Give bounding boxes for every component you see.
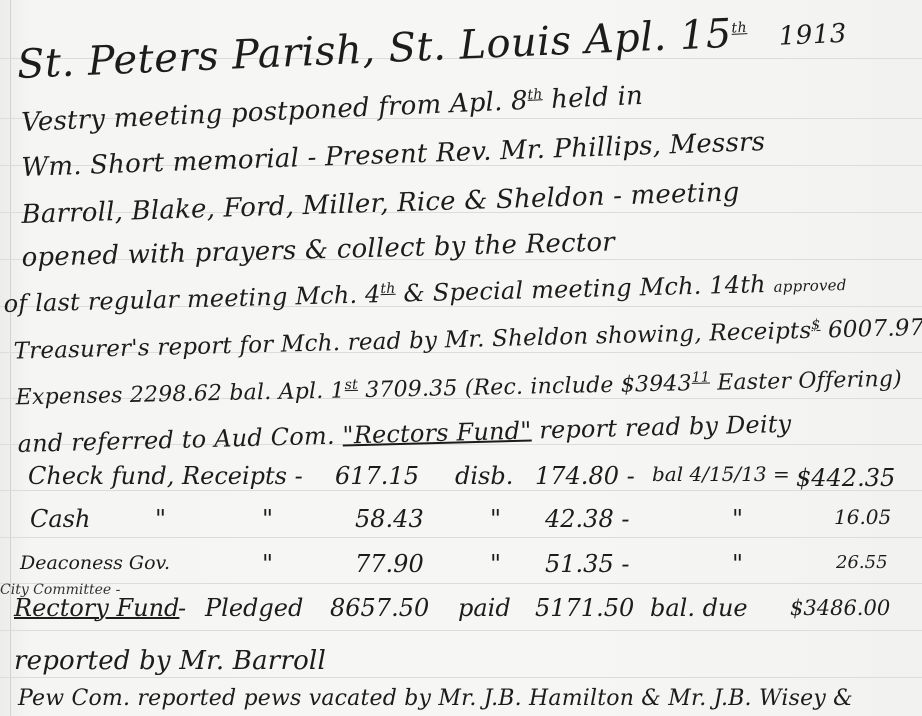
- minutes-line: Treasurer's report for Mch. read by Mr. …: [13, 314, 922, 364]
- fund-balance: $442.35: [796, 464, 895, 492]
- fund-receipts: 617.15: [335, 462, 419, 490]
- bal-due-label: bal. due: [650, 594, 748, 622]
- fund-disbursed: 174.80 -: [535, 462, 635, 490]
- line-text: Wm. Short memorial - Present Rev. Mr. Ph…: [21, 127, 766, 183]
- line-text: Vestry meeting postponed from Apl. 8: [21, 86, 529, 138]
- dash: -: [178, 594, 186, 622]
- line-text: reported by Mr. Barroll: [14, 646, 326, 676]
- ledger-page: St. Peters Parish, St. Louis Apl. 15th 1…: [0, 0, 922, 716]
- ditto-mark: ": [155, 505, 166, 533]
- line-sup: st: [345, 377, 359, 393]
- line-text: Expenses 2298.62 bal. Apl. 1: [15, 378, 345, 410]
- minutes-line: Barroll, Blake, Ford, Miller, Rice & She…: [21, 177, 740, 230]
- fund-name: Check fund, Receipts -: [28, 462, 303, 490]
- fund-row-deaconess: Deaconess Gov. " 77.90 " 51.35 - " 26.55: [0, 550, 922, 590]
- rectors-fund-heading: "Rectors Fund": [342, 417, 532, 450]
- fund-receipts: 58.43: [355, 505, 424, 533]
- line-sup: th: [527, 87, 543, 104]
- minutes-line: Pew Com. reported pews vacated by Mr. J.…: [18, 686, 853, 711]
- fund-balance: 16.05: [834, 505, 891, 529]
- title-parish: St. Peters Parish,: [16, 26, 376, 88]
- line-text: Barroll, Blake, Ford, Miller, Rice & She…: [21, 177, 740, 230]
- minutes-line: Wm. Short memorial - Present Rev. Mr. Ph…: [21, 127, 766, 183]
- ruled-line: [0, 677, 922, 678]
- fund-disbursed: 42.38 -: [545, 505, 629, 533]
- ditto-mark: ": [490, 550, 501, 578]
- line-sup: th: [380, 281, 395, 297]
- minutes-line: Expenses 2298.62 bal. Apl. 1st 3709.35 (…: [15, 365, 902, 410]
- minutes-line: and referred to Aud Com. "Rectors Fund" …: [17, 410, 791, 458]
- ditto-mark: ": [732, 550, 743, 578]
- document-title: St. Peters Parish, St. Louis Apl. 15th 1…: [16, 6, 848, 88]
- minutes-line: reported by Mr. Barroll: [14, 646, 326, 676]
- ditto-mark: ": [490, 505, 501, 533]
- fund-receipts: 77.90: [355, 550, 424, 578]
- ditto-mark: ": [262, 505, 273, 533]
- ditto-mark: ": [262, 550, 273, 578]
- bal-label: bal 4/15/13 =: [652, 462, 790, 486]
- title-year: 1913: [778, 19, 847, 52]
- line-sup: 11: [692, 369, 711, 385]
- receipts-amount: 6007.97: [820, 315, 922, 344]
- fund-row-rectory: Rectory Fund - Pledged 8657.50 paid 5171…: [0, 594, 922, 634]
- paid-amount: 5171.50: [535, 594, 634, 622]
- rectory-fund-heading: Rectory Fund: [14, 594, 179, 622]
- pledged-amount: 8657.50: [330, 594, 429, 622]
- minutes-line: opened with prayers & collect by the Rec…: [21, 227, 615, 273]
- title-date: Apl. 15: [584, 11, 733, 63]
- line-text: opened with prayers & collect by the Rec…: [21, 227, 615, 273]
- line-tail: Easter Offering): [710, 367, 902, 396]
- line-tail: report read by Deity: [531, 410, 792, 445]
- minutes-line: of last regular meeting Mch. 4th & Speci…: [3, 268, 847, 318]
- fund-name: Cash: [30, 505, 90, 533]
- paid-label: paid: [458, 594, 511, 622]
- fund-row-cash: Cash " " 58.43 " 42.38 - " 16.05: [0, 505, 922, 545]
- line-text: Pew Com. reported pews vacated by Mr. J.…: [18, 686, 853, 711]
- line-text: and referred to Aud Com.: [17, 422, 343, 458]
- disb-label: disb.: [455, 462, 513, 490]
- fund-name: Deaconess Gov.: [20, 552, 170, 574]
- line-tail: & Special meeting Mch. 14th: [395, 270, 766, 308]
- fund-disbursed: 51.35 -: [545, 550, 629, 578]
- pledged-label: Pledged: [205, 594, 303, 622]
- minutes-line: Vestry meeting postponed from Apl. 8th h…: [21, 81, 644, 138]
- line-text: of last regular meeting Mch. 4: [3, 280, 381, 318]
- ditto-mark: ": [732, 505, 743, 533]
- fund-row-check-fund: Check fund, Receipts - 617.15 disb. 174.…: [0, 462, 922, 502]
- approved-note: approved: [773, 276, 846, 296]
- balance-due-amount: $3486.00: [790, 596, 890, 620]
- title-city: St. Louis: [388, 18, 573, 72]
- fund-balance: 26.55: [836, 552, 888, 573]
- title-date-suffix: th: [731, 20, 747, 37]
- line-text: Treasurer's report for Mch. read by Mr. …: [13, 318, 811, 365]
- line-tail: held in: [542, 81, 643, 115]
